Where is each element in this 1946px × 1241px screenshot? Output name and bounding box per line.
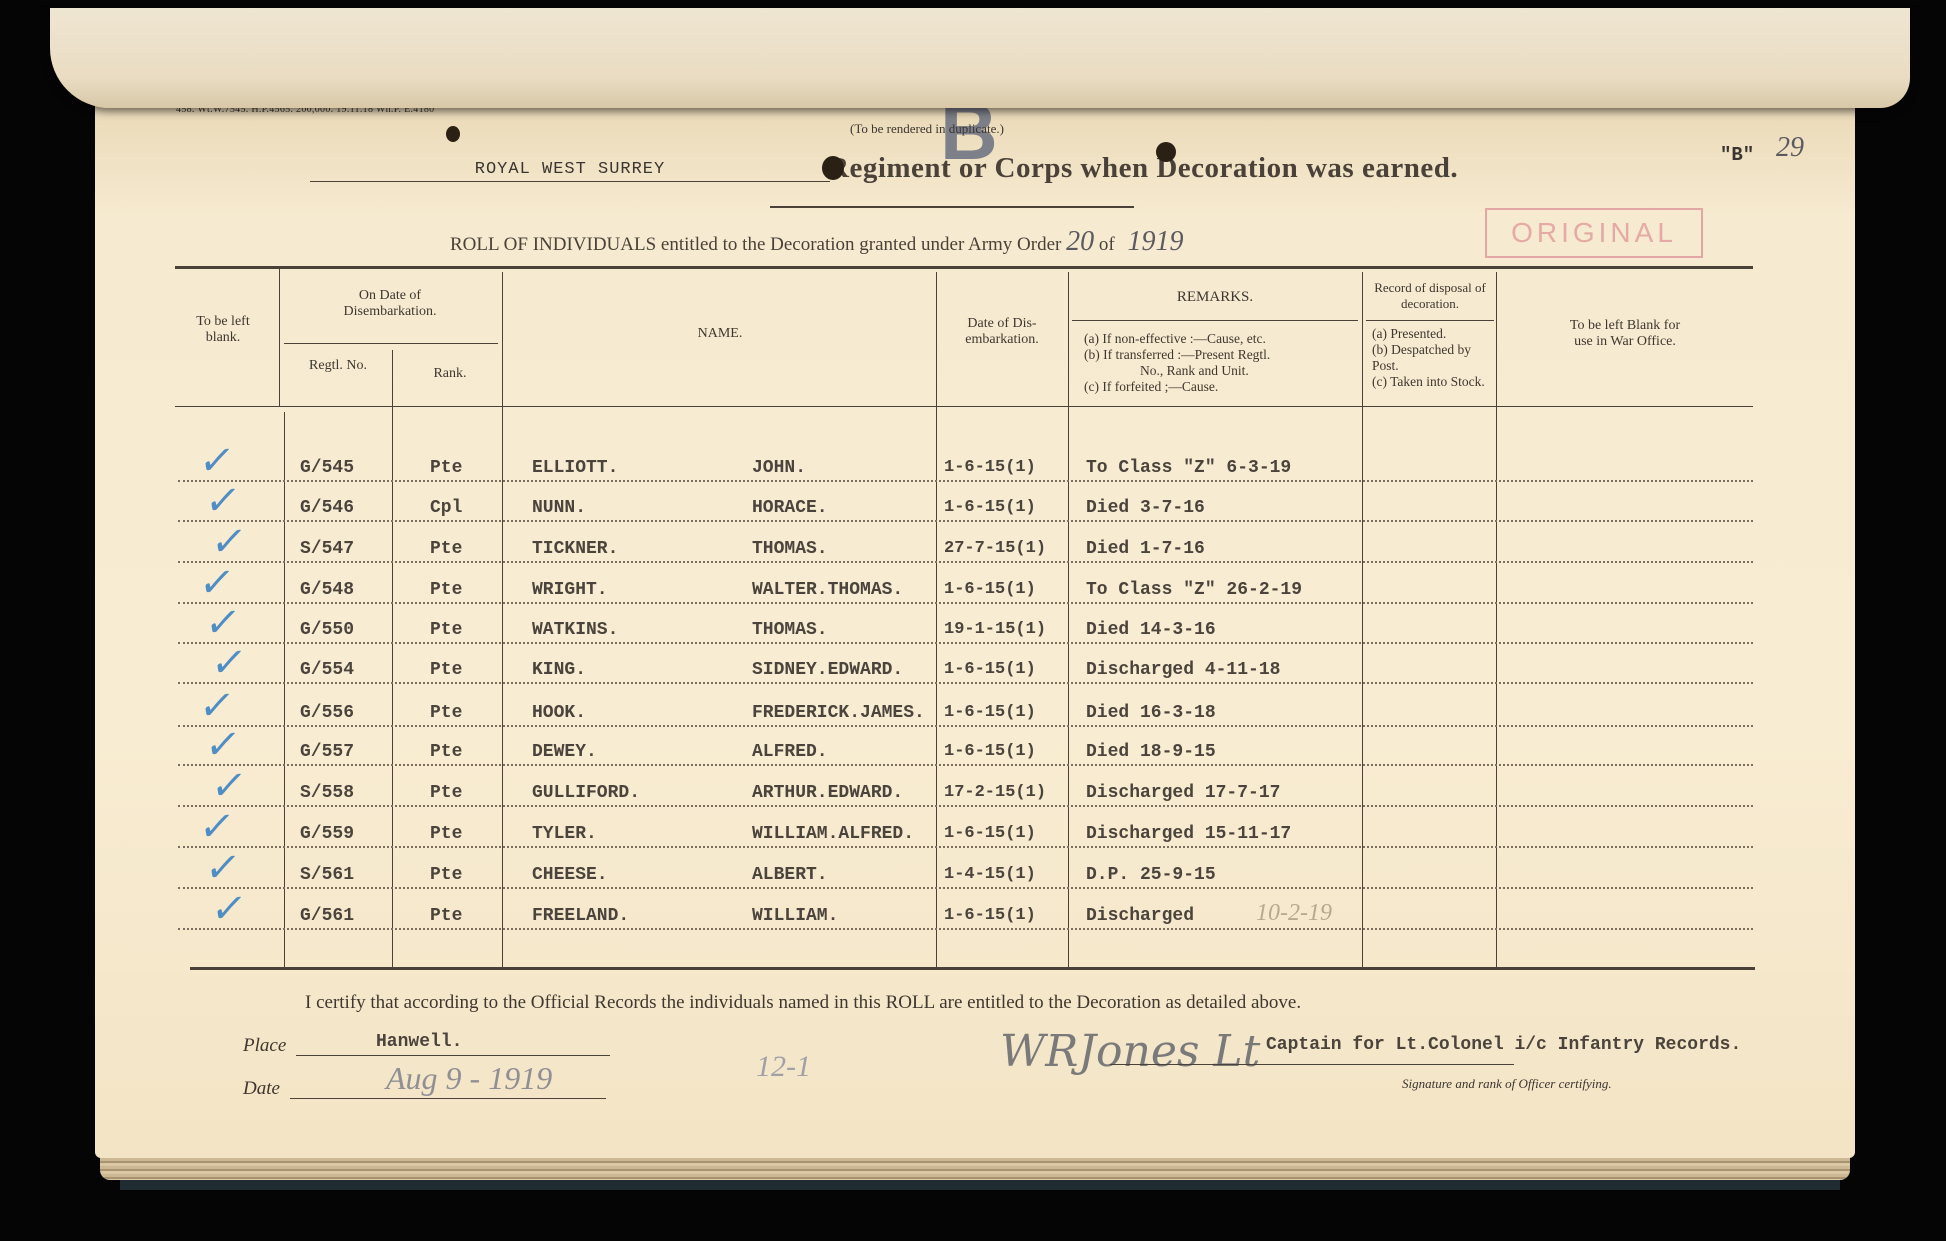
date-cell: 1-4-15(1) [944, 865, 1036, 884]
rank-cell: Pte [430, 580, 462, 600]
rank-cell: Pte [430, 660, 462, 680]
rank-cell: Pte [430, 906, 462, 926]
table-top-rule [175, 266, 1753, 269]
row-dotted-rule [178, 887, 1753, 889]
forenames-cell: ARTHUR.EDWARD. [752, 783, 903, 803]
rank-cell: Pte [430, 458, 462, 478]
checkmark-icon: ✓ [202, 478, 244, 524]
remarks-handwritten: 10-2-19 [1256, 900, 1332, 927]
table-bottom-rule [190, 967, 1755, 970]
header-disembarkation-group: On Date of Disembarkation. [320, 288, 460, 320]
remarks-cell: Discharged [1086, 906, 1194, 926]
rank-cell: Pte [430, 865, 462, 885]
date-cell: 19-1-15(1) [944, 620, 1046, 639]
remarks-cell: To Class "Z" 6-3-19 [1086, 458, 1291, 478]
date-cell: 1-6-15(1) [944, 498, 1036, 517]
row-dotted-rule [178, 561, 1753, 563]
regtl-no-cell: G/554 [300, 660, 354, 680]
rank-cell: Pte [430, 703, 462, 723]
regtl-no-cell: G/561 [300, 906, 354, 926]
regtl-no-cell: G/548 [300, 580, 354, 600]
row-dotted-rule [178, 520, 1753, 522]
header-disposal: Record of disposal of decoration. [1368, 280, 1492, 312]
regtl-no-cell: S/547 [300, 539, 354, 559]
checkmark-icon: ✓ [208, 886, 250, 932]
checkmark-icon: ✓ [202, 722, 244, 768]
header-war-office: To be left Blank for use in War Office. [1560, 318, 1690, 350]
row-dotted-rule [178, 480, 1753, 482]
forenames-cell: ALBERT. [752, 865, 828, 885]
date-cell: 1-6-15(1) [944, 458, 1036, 477]
surname-cell: CHEESE. [532, 865, 608, 885]
regtl-no-cell: G/550 [300, 620, 354, 640]
checkmark-icon: ✓ [196, 804, 238, 850]
signature-underline [1110, 1064, 1514, 1065]
date-underline [290, 1098, 606, 1099]
punch-hole [1156, 142, 1176, 162]
checkmark-icon: ✓ [208, 519, 250, 565]
army-order-number: 20 [1066, 226, 1094, 257]
punch-hole [822, 156, 844, 180]
col-divider [1496, 272, 1497, 968]
surname-cell: HOOK. [532, 703, 586, 723]
row-dotted-rule [178, 602, 1753, 604]
row-dotted-rule [178, 642, 1753, 644]
surname-cell: TYLER. [532, 824, 597, 844]
remarks-cell: Discharged 17-7-17 [1086, 783, 1280, 803]
forenames-cell: SIDNEY.EDWARD. [752, 660, 903, 680]
rank-cell: Pte [430, 620, 462, 640]
disposal-b: (b) Despatched by Post. [1372, 342, 1488, 374]
col-divider [1362, 272, 1363, 968]
disposal-c: (c) Taken into Stock. [1372, 374, 1488, 390]
surname-cell: FREELAND. [532, 906, 629, 926]
remarks-a: (a) If non-effective :—Cause, etc. [1084, 331, 1354, 347]
rank-cell: Pte [430, 539, 462, 559]
officer-signature: WRJones Lt [1000, 1026, 1260, 1077]
regtl-no-cell: G/545 [300, 458, 354, 478]
rank-cell: Cpl [430, 498, 462, 518]
margin-note: 12-1 [756, 1050, 811, 1084]
surname-cell: WATKINS. [532, 620, 618, 640]
regiment-caption: Regiment or Corps when Decoration was ea… [828, 152, 1458, 185]
regtl-no-cell: S/561 [300, 865, 354, 885]
remarks-cell: Died 1-7-16 [1086, 539, 1205, 559]
date-cell: 17-2-15(1) [944, 783, 1046, 802]
row-dotted-rule [178, 928, 1753, 930]
disposal-a: (a) Presented. [1372, 326, 1488, 342]
surname-cell: GULLIFORD. [532, 783, 640, 803]
forenames-cell: THOMAS. [752, 539, 828, 559]
roll-title-text: ROLL OF INDIVIDUALS entitled to the Deco… [450, 234, 1061, 255]
remarks-cell: Died 16-3-18 [1086, 703, 1216, 723]
checkmark-icon: ✓ [208, 763, 250, 809]
remarks-b: (b) If transferred :—Present Regtl. [1084, 347, 1354, 363]
surname-cell: NUNN. [532, 498, 586, 518]
header-name: NAME. [640, 326, 800, 342]
row-dotted-rule [178, 805, 1753, 807]
header-regtl-no: Regtl. No. [306, 358, 370, 374]
rank-cell: Pte [430, 783, 462, 803]
remarks-cell: To Class "Z" 26-2-19 [1086, 580, 1302, 600]
col-divider [936, 272, 937, 968]
header-date-disembarkation: Date of Dis- embarkation. [950, 316, 1054, 348]
place-value[interactable]: Hanwell. [376, 1032, 462, 1052]
forenames-cell: WILLIAM.ALFRED. [752, 824, 914, 844]
of-label: of [1099, 234, 1115, 255]
row-dotted-rule [178, 846, 1753, 848]
folded-previous-page [50, 8, 1910, 108]
remarks-cell: Discharged 4-11-18 [1086, 660, 1280, 680]
row-dotted-rule [178, 725, 1753, 727]
signature-caption: Signature and rank of Officer certifying… [1402, 1076, 1612, 1092]
header-disposal-options: (a) Presented. (b) Despatched by Post. (… [1372, 326, 1488, 390]
forenames-cell: WALTER.THOMAS. [752, 580, 903, 600]
regtl-no-cell: G/559 [300, 824, 354, 844]
surname-cell: DEWEY. [532, 742, 597, 762]
regtl-no-cell: G/546 [300, 498, 354, 518]
checkmark-icon: ✓ [208, 640, 250, 686]
remarks-b2: No., Rank and Unit. [1084, 363, 1354, 379]
date-cell: 27-7-15(1) [944, 539, 1046, 558]
surname-cell: TICKNER. [532, 539, 618, 559]
date-cell: 1-6-15(1) [944, 580, 1036, 599]
checkmark-icon: ✓ [202, 845, 244, 891]
place-label: Place [243, 1035, 286, 1057]
date-cell: 1-6-15(1) [944, 703, 1036, 722]
remarks-cell: Died 3-7-16 [1086, 498, 1205, 518]
date-cell: 1-6-15(1) [944, 906, 1036, 925]
header-blank: To be left blank. [188, 314, 258, 346]
forenames-cell: HORACE. [752, 498, 828, 518]
header-rule [284, 343, 498, 344]
date-cell: 1-6-15(1) [944, 742, 1036, 761]
col-divider [284, 412, 285, 968]
forenames-cell: WILLIAM. [752, 906, 838, 926]
header-rule [1366, 320, 1494, 321]
remarks-cell: Discharged 15-11-17 [1086, 824, 1291, 844]
header-bottom-rule [175, 406, 1753, 407]
punch-hole [446, 126, 460, 142]
rank-cell: Pte [430, 742, 462, 762]
duplicate-note: (To be rendered in duplicate.) [850, 121, 1004, 137]
regtl-no-cell: G/556 [300, 703, 354, 723]
officer-rank: Captain for Lt.Colonel i/c Infantry Reco… [1266, 1034, 1780, 1056]
regiment-value: ROYAL WEST SURREY [310, 160, 830, 182]
col-divider [502, 272, 503, 968]
col-divider [392, 350, 393, 968]
row-dotted-rule [178, 682, 1753, 684]
forenames-cell: THOMAS. [752, 620, 828, 640]
date-cell: 1-6-15(1) [944, 660, 1036, 679]
surname-cell: WRIGHT. [532, 580, 608, 600]
regtl-no-cell: S/558 [300, 783, 354, 803]
remarks-cell: Died 18-9-15 [1086, 742, 1216, 762]
remarks-cell: Died 14-3-16 [1086, 620, 1216, 640]
surname-cell: ELLIOTT. [532, 458, 618, 478]
header-rule [1072, 320, 1358, 321]
col-divider [279, 268, 280, 407]
forenames-cell: ALFRED. [752, 742, 828, 762]
date-label: Date [243, 1078, 280, 1100]
page-ref-number: 29 [1776, 132, 1804, 164]
forenames-cell: FREDERICK.JAMES. [752, 703, 925, 723]
forenames-cell: JOHN. [752, 458, 806, 478]
regtl-no-cell: G/557 [300, 742, 354, 762]
remarks-c: (c) If forfeited ;—Cause. [1084, 379, 1354, 395]
date-cell: 1-6-15(1) [944, 824, 1036, 843]
date-value[interactable]: Aug 9 - 1919 [386, 1060, 552, 1097]
place-underline [296, 1055, 610, 1056]
header-remarks-instructions: (a) If non-effective :—Cause, etc. (b) I… [1084, 331, 1354, 395]
row-dotted-rule [178, 764, 1753, 766]
original-stamp: ORIGINAL [1485, 208, 1703, 258]
divider [770, 206, 1134, 208]
surname-cell: KING. [532, 660, 586, 680]
page-ref-label: "B" [1720, 144, 1754, 166]
roll-title: ROLL OF INDIVIDUALS entitled to the Deco… [450, 226, 1183, 258]
header-rank: Rank. [410, 366, 490, 382]
col-divider [1068, 272, 1069, 968]
remarks-cell: D.P. 25-9-15 [1086, 865, 1216, 885]
army-order-year: 1919 [1127, 226, 1183, 257]
certification-text: I certify that according to the Official… [305, 992, 1301, 1014]
header-remarks: REMARKS. [1100, 289, 1330, 305]
rank-cell: Pte [430, 824, 462, 844]
